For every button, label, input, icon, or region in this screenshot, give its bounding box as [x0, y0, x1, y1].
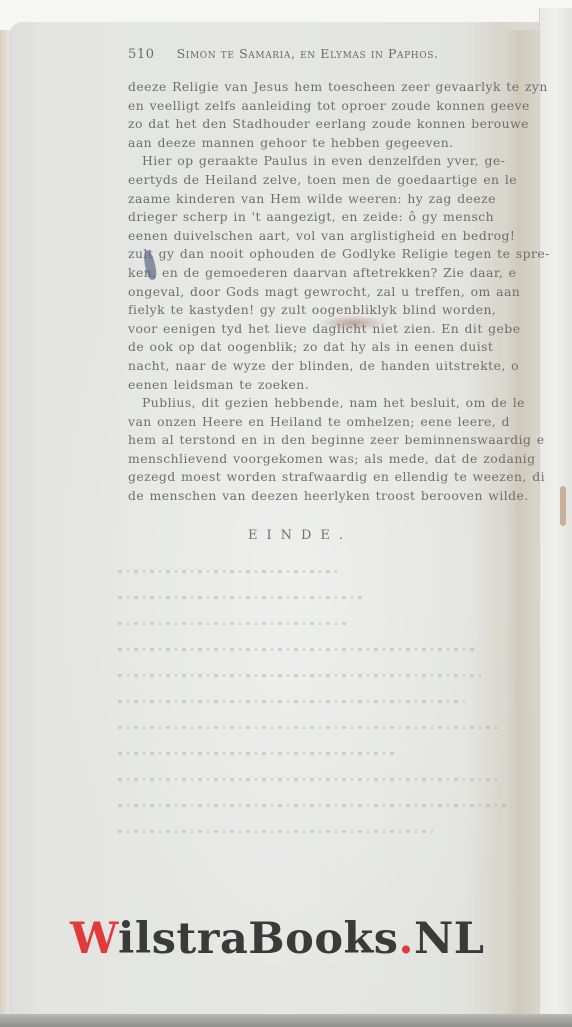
- watermark-name: ilstraBooks: [118, 914, 398, 964]
- text-line: zo dat het den Stadhouder eerlang zoude …: [128, 115, 538, 134]
- watermark-logo: WilstraBooks.NL: [70, 918, 485, 961]
- foxing-stain: [318, 315, 388, 331]
- text-line: zaame kinderen van Hem wilde weeren: hy …: [128, 190, 538, 209]
- text-line: hem al terstond en in den beginne zeer b…: [128, 431, 538, 450]
- text-line: eenen leidsman te zoeken.: [128, 376, 538, 395]
- text-line: en veelligt zelfs aanleiding tot oproer …: [128, 97, 538, 116]
- closing-word: EINDE.: [100, 528, 540, 543]
- text-line: eenen duivelschen aart, vol van arglisti…: [128, 227, 538, 246]
- text-line: zult gy dan nooit ophouden de Godlyke Re…: [128, 245, 538, 264]
- text-line: de menschen van deezen heerlyken troost …: [128, 487, 538, 506]
- running-head: 510 Simon te Samaria, en Elymas in Papho…: [128, 46, 540, 70]
- background-bottom: [0, 1014, 572, 1027]
- text-line: menschlievend voorgekomen was; als mede,…: [128, 450, 538, 469]
- facing-page-edge: [539, 8, 572, 1027]
- rust-stain: [560, 486, 566, 526]
- text-line: ongeval, door Gods magt gewrocht, zal u …: [128, 283, 538, 302]
- text-line: Publius, dit gezien hebbende, nam het be…: [128, 394, 538, 413]
- text-line: deeze Religie van Jesus hem toescheen ze…: [128, 78, 538, 97]
- watermark-initial: W: [70, 914, 118, 964]
- text-line: de ook op dat oogenblik; zo dat hy als i…: [128, 338, 538, 357]
- watermark-tld: NL: [414, 914, 485, 964]
- body-text: deeze Religie van Jesus hem toescheen ze…: [128, 78, 538, 506]
- show-through-text: [118, 570, 518, 870]
- paragraph-1: deeze Religie van Jesus hem toescheen ze…: [128, 78, 538, 152]
- paragraph-3: Publius, dit gezien hebbende, nam het be…: [128, 394, 538, 506]
- page-number: 510: [128, 47, 155, 62]
- running-head-title: Simon te Samaria, en Elymas in Paphos.: [177, 46, 439, 61]
- text-line: nacht, naar de wyze der blinden, de hand…: [128, 357, 538, 376]
- watermark-dot: .: [399, 914, 414, 964]
- text-line: van onzen Heere en Heiland te omhelzen; …: [128, 413, 538, 432]
- text-line: eertyds de Heiland zelve, toen men de go…: [128, 171, 538, 190]
- scanned-book-page: 510 Simon te Samaria, en Elymas in Papho…: [0, 0, 572, 1027]
- text-line: Hier op geraakte Paulus in even denzelfd…: [128, 152, 538, 171]
- text-line: aan deeze mannen gehoor te hebben gegeev…: [128, 134, 538, 153]
- paragraph-2: Hier op geraakte Paulus in even denzelfd…: [128, 152, 538, 394]
- text-line: ken, en de gemoederen daarvan aftetrekke…: [128, 264, 538, 283]
- text-line: gezegd moest worden strafwaardig en elle…: [128, 468, 538, 487]
- page-content: 510 Simon te Samaria, en Elymas in Papho…: [100, 46, 540, 543]
- text-line: drieger scherp in 't aangezigt, en zeide…: [128, 208, 538, 227]
